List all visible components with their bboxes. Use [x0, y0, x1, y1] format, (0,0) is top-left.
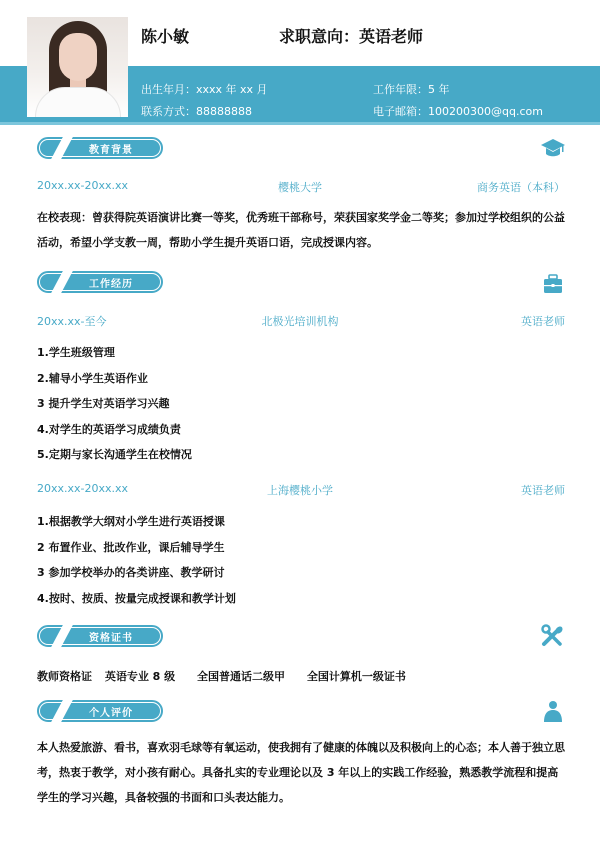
graduation-cap-icon	[540, 137, 566, 159]
person-icon	[540, 699, 566, 721]
birth-date: 出生年月：xxxx 年 xx 月	[141, 81, 268, 97]
section-title: 个人评价	[67, 704, 155, 719]
certificate-item: 全国普通话二级甲	[197, 670, 285, 683]
duty-item: 2.辅导小学生英语作业	[37, 366, 192, 392]
header-divider	[0, 122, 600, 125]
edu-description: 在校表现：曾获得院英语演讲比赛一等奖，优秀班干部称号，荣获国家奖学金二等奖；参加…	[37, 205, 567, 255]
email: 电子邮箱：100200300@qq.com	[373, 103, 543, 119]
section-header-certificates: 资格证书	[37, 625, 163, 647]
section-header-work: 工作经历	[37, 271, 163, 293]
duty-item: 1.学生班级管理	[37, 340, 192, 366]
evaluation-text: 本人热爱旅游、看书，喜欢羽毛球等有氧运动，使我拥有了健康的体魄以及积极向上的心态…	[37, 735, 567, 810]
profile-photo	[27, 17, 128, 119]
job-duties: 1.学生班级管理 2.辅导小学生英语作业 3 提升学生对英语学习兴趣 4.对学生…	[37, 340, 192, 468]
job-company: 北极光培训机构	[0, 313, 600, 329]
certificate-item: 全国计算机一级证书	[307, 670, 406, 683]
section-title: 资格证书	[67, 629, 155, 644]
duty-item: 3 参加学校举办的各类讲座、教学研讨	[37, 560, 236, 586]
duty-item: 2 布置作业、批改作业，课后辅导学生	[37, 535, 236, 561]
certificate-item: 英语专业 8 级	[105, 670, 175, 683]
tools-icon	[540, 624, 566, 646]
section-title: 教育背景	[67, 141, 155, 156]
candidate-name: 陈小敏	[141, 24, 189, 47]
job-position: 英语老师	[521, 482, 565, 498]
contact-phone: 联系方式：88888888	[141, 103, 252, 119]
briefcase-icon	[540, 273, 566, 295]
duty-item: 3 提升学生对英语学习兴趣	[37, 391, 192, 417]
duty-item: 1.根据教学大纲对小学生进行英语授课	[37, 509, 236, 535]
section-header-evaluation: 个人评价	[37, 700, 163, 722]
duty-item: 5.定期与家长沟通学生在校情况	[37, 442, 192, 468]
certificate-list: 教师资格证 英语专业 8 级 全国普通话二级甲 全国计算机一级证书	[37, 668, 424, 684]
edu-major: 商务英语（本科）	[477, 179, 565, 195]
duty-item: 4.按时、按质、按量完成授课和教学计划	[37, 586, 236, 612]
section-header-education: 教育背景	[37, 137, 163, 159]
job-position: 英语老师	[521, 313, 565, 329]
job-company: 上海樱桃小学	[0, 482, 600, 498]
duty-item: 4.对学生的英语学习成绩负责	[37, 417, 192, 443]
section-title: 工作经历	[67, 275, 155, 290]
job-duties: 1.根据教学大纲对小学生进行英语授课 2 布置作业、批改作业，课后辅导学生 3 …	[37, 509, 236, 611]
certificate-item: 教师资格证	[37, 670, 92, 683]
work-years: 工作年限：5 年	[373, 81, 450, 97]
job-intent: 求职意向：英语老师	[279, 24, 423, 47]
